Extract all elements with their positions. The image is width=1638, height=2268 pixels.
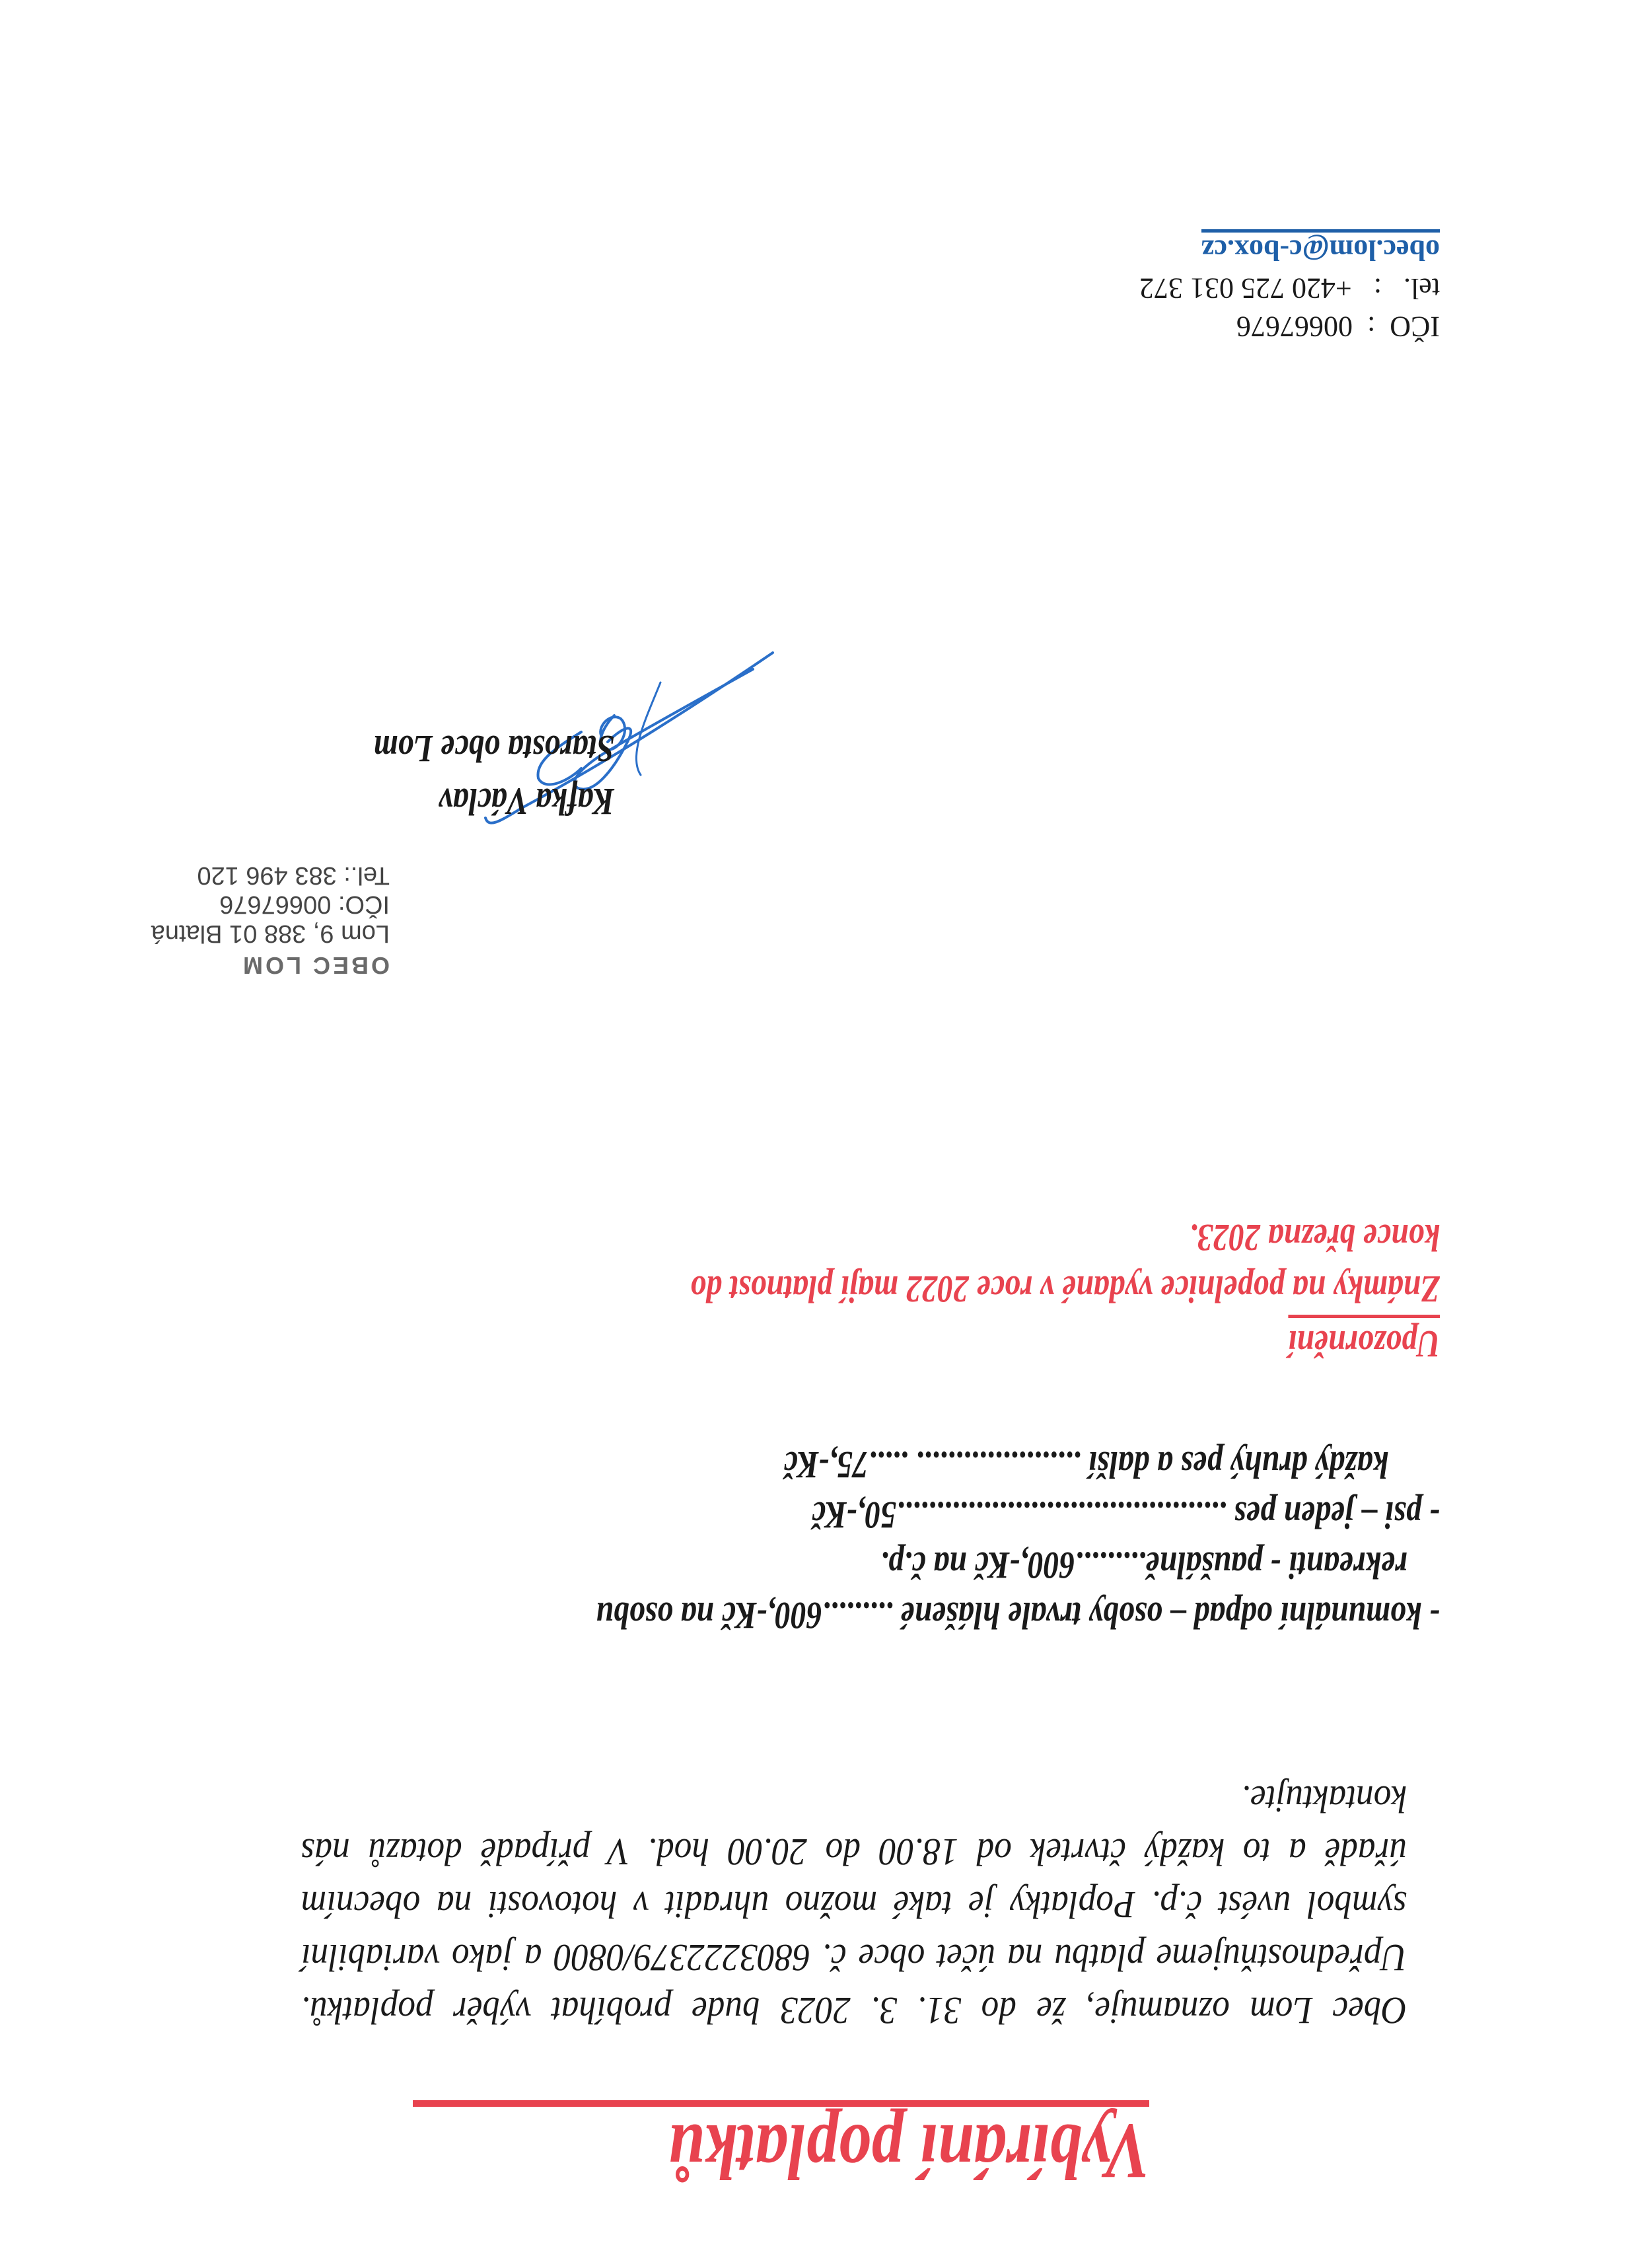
signatory-name: Kafka Václav [373, 775, 614, 828]
intro-paragraph: Obec Lom oznamuje, že do 31. 3. 2023 bud… [301, 1773, 1407, 2037]
stamp-tel: Tel.: 383 496 120 [151, 861, 390, 890]
contact-tel: tel. : +420 725 031 372 [1139, 269, 1440, 307]
fee-item: - psi – jeden pes ......................… [384, 1490, 1440, 1540]
fee-bullet: - [1429, 1494, 1440, 1537]
fee-label: každý druhý pes a další [1088, 1444, 1388, 1486]
fee-label: komunální odpad – osoby trvale hlášené [900, 1594, 1421, 1637]
contact-footer: IČO : 00667676 tel. : +420 725 031 372 o… [1139, 229, 1440, 346]
fee-label: psi – jeden pes [1234, 1494, 1421, 1537]
signatory-block: Kafka Václav Starosta obce Lom [373, 722, 614, 828]
fee-leader: ........................................… [896, 1494, 1226, 1537]
document-title: Vybírání poplatků [553, 2108, 1149, 2195]
document-page: Vybírání poplatků Obec Lom oznamuje, že … [0, 0, 1638, 2268]
fee-list: - komunální odpad – osoby trvale hlášené… [152, 1440, 1440, 1640]
warning-text-line-2: konce března 2023. [384, 1212, 1440, 1263]
contact-ico-value: 00667676 [1236, 311, 1353, 343]
warning-heading: Upozornění [1288, 1315, 1440, 1370]
signatory-role: Starosta obce Lom [373, 722, 614, 775]
fee-amount: 600,-Kč na osobu [596, 1594, 822, 1637]
fee-leader: ..................... ..... [869, 1444, 1081, 1486]
fee-leader: ......... [822, 1594, 893, 1637]
contact-ico-label: IČO [1390, 311, 1440, 343]
stamp-address: Lom 9, 388 01 Blatná [151, 919, 390, 948]
official-stamp: OBEC LOM Lom 9, 388 01 Blatná IČO: 00667… [151, 861, 390, 980]
contact-tel-value: +420 725 031 372 [1139, 272, 1352, 305]
fee-label: rekreanti - paušálně [1145, 1544, 1407, 1587]
fee-item: každý druhý pes a další ................… [384, 1440, 1440, 1490]
contact-ico: IČO : 00667676 [1139, 307, 1440, 346]
contact-tel-label: tel. [1404, 272, 1440, 305]
fee-leader: ......... [1075, 1544, 1145, 1587]
stamp-title: OBEC LOM [151, 951, 390, 980]
warning-text-line-1: Známky na popelnice vydané v roce 2022 m… [384, 1263, 1440, 1315]
title-underline [413, 2100, 1149, 2107]
fee-item: - komunální odpad – osoby trvale hlášené… [384, 1590, 1440, 1640]
contact-email-link[interactable]: obec.lom@c-box.cz [1201, 229, 1440, 267]
stamp-ico: IČO: 00667676 [151, 890, 390, 919]
fee-amount: 75,-Kč [784, 1444, 869, 1486]
warning-notice: Upozornění Známky na popelnice vydané v … [152, 1212, 1440, 1370]
fee-bullet: - [1429, 1594, 1440, 1637]
fee-amount: 600,-Kč na č.p. [880, 1544, 1075, 1587]
fee-amount: 50,-Kč [812, 1494, 896, 1537]
fee-item: rekreanti - paušálně.........600,-Kč na … [384, 1540, 1440, 1590]
